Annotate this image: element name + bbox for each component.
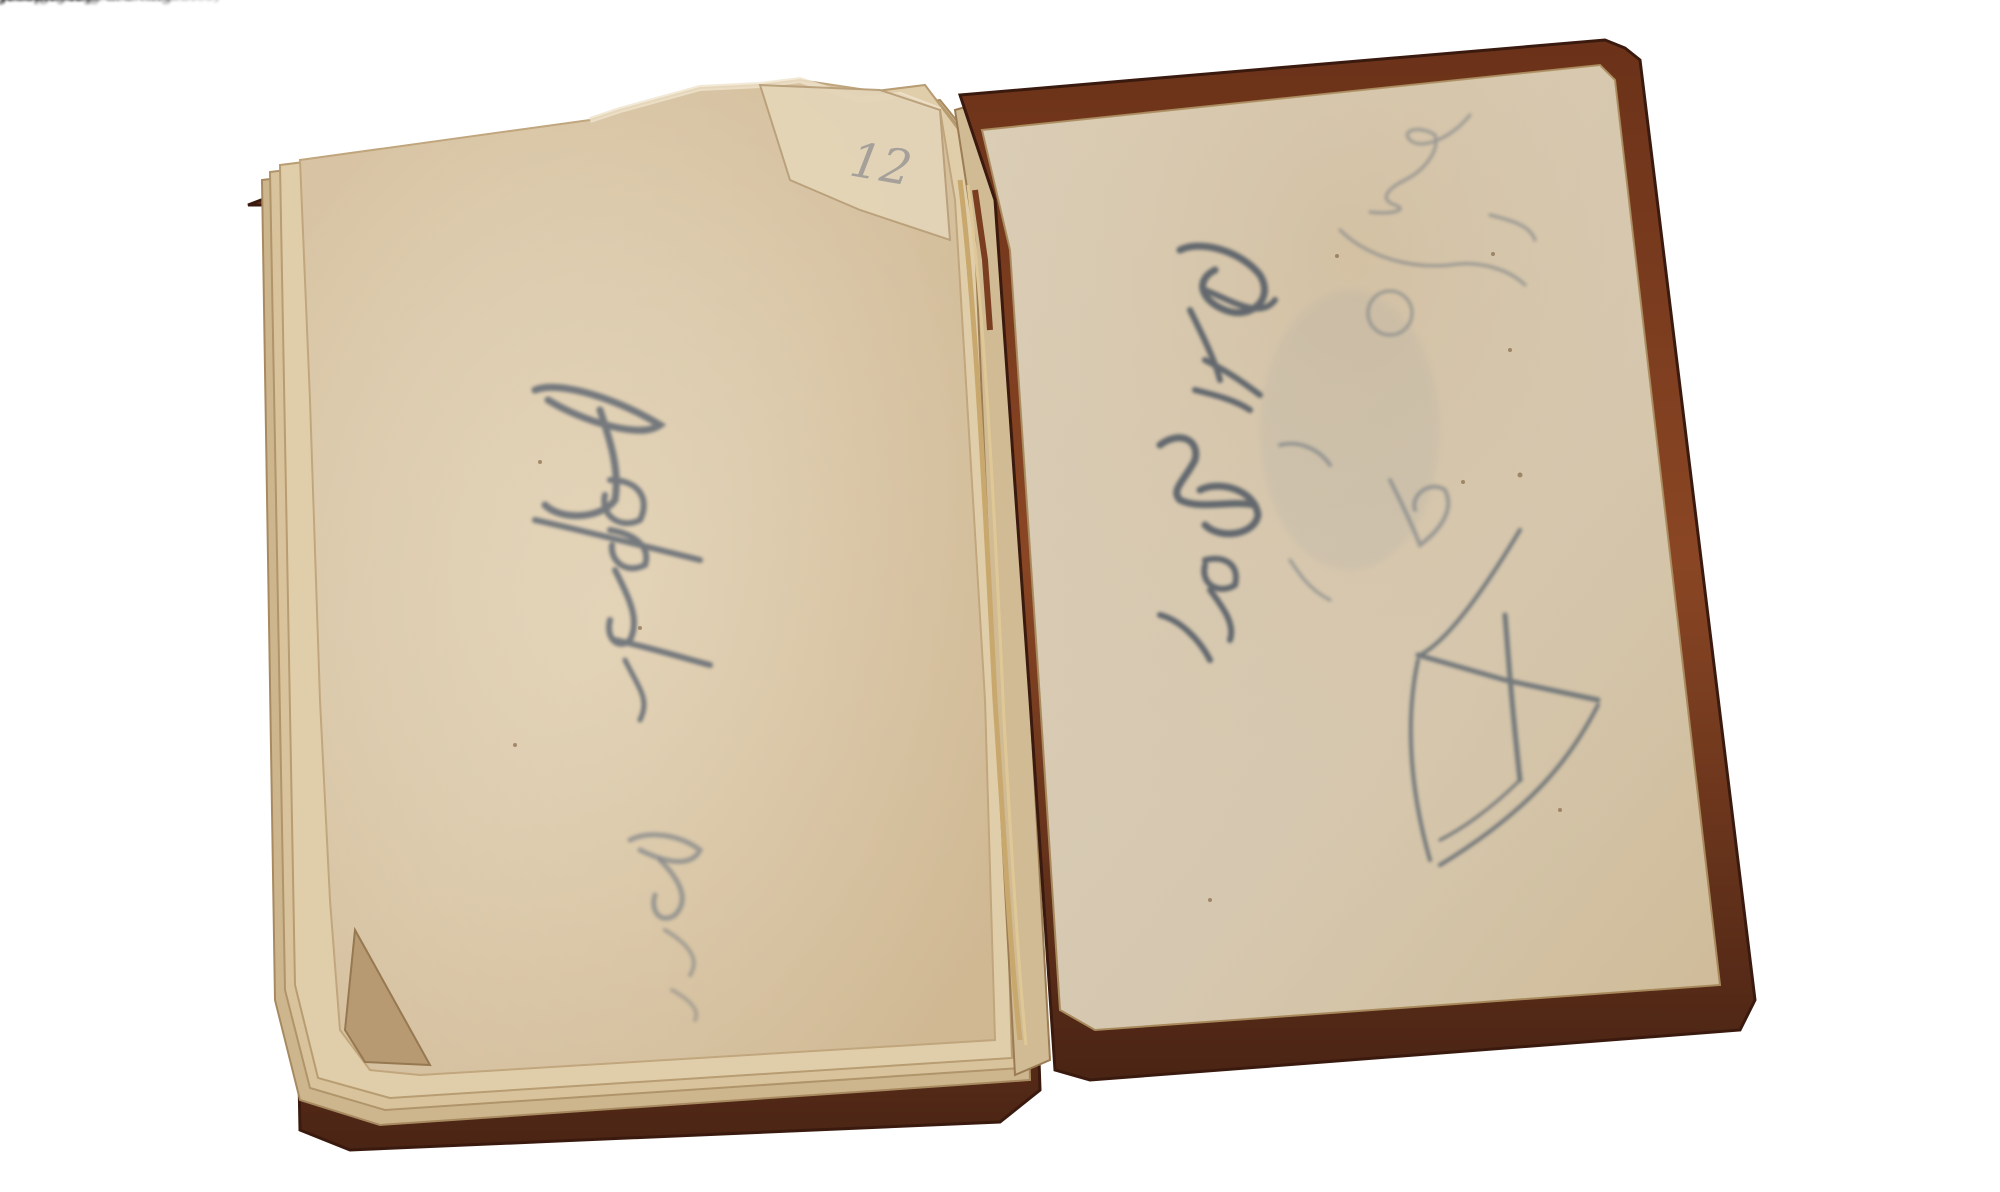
book-photo: 12 Joseph Jen... xyxy=(0,0,2000,1192)
left-page: 12 xyxy=(300,80,995,1075)
page-number: 12 xyxy=(846,132,916,198)
sketch-label: triangle-flag drawing xyxy=(0,0,172,4)
photo-scene: 12 Joseph Jen... xyxy=(0,0,2000,1192)
right-page xyxy=(982,65,1720,1030)
